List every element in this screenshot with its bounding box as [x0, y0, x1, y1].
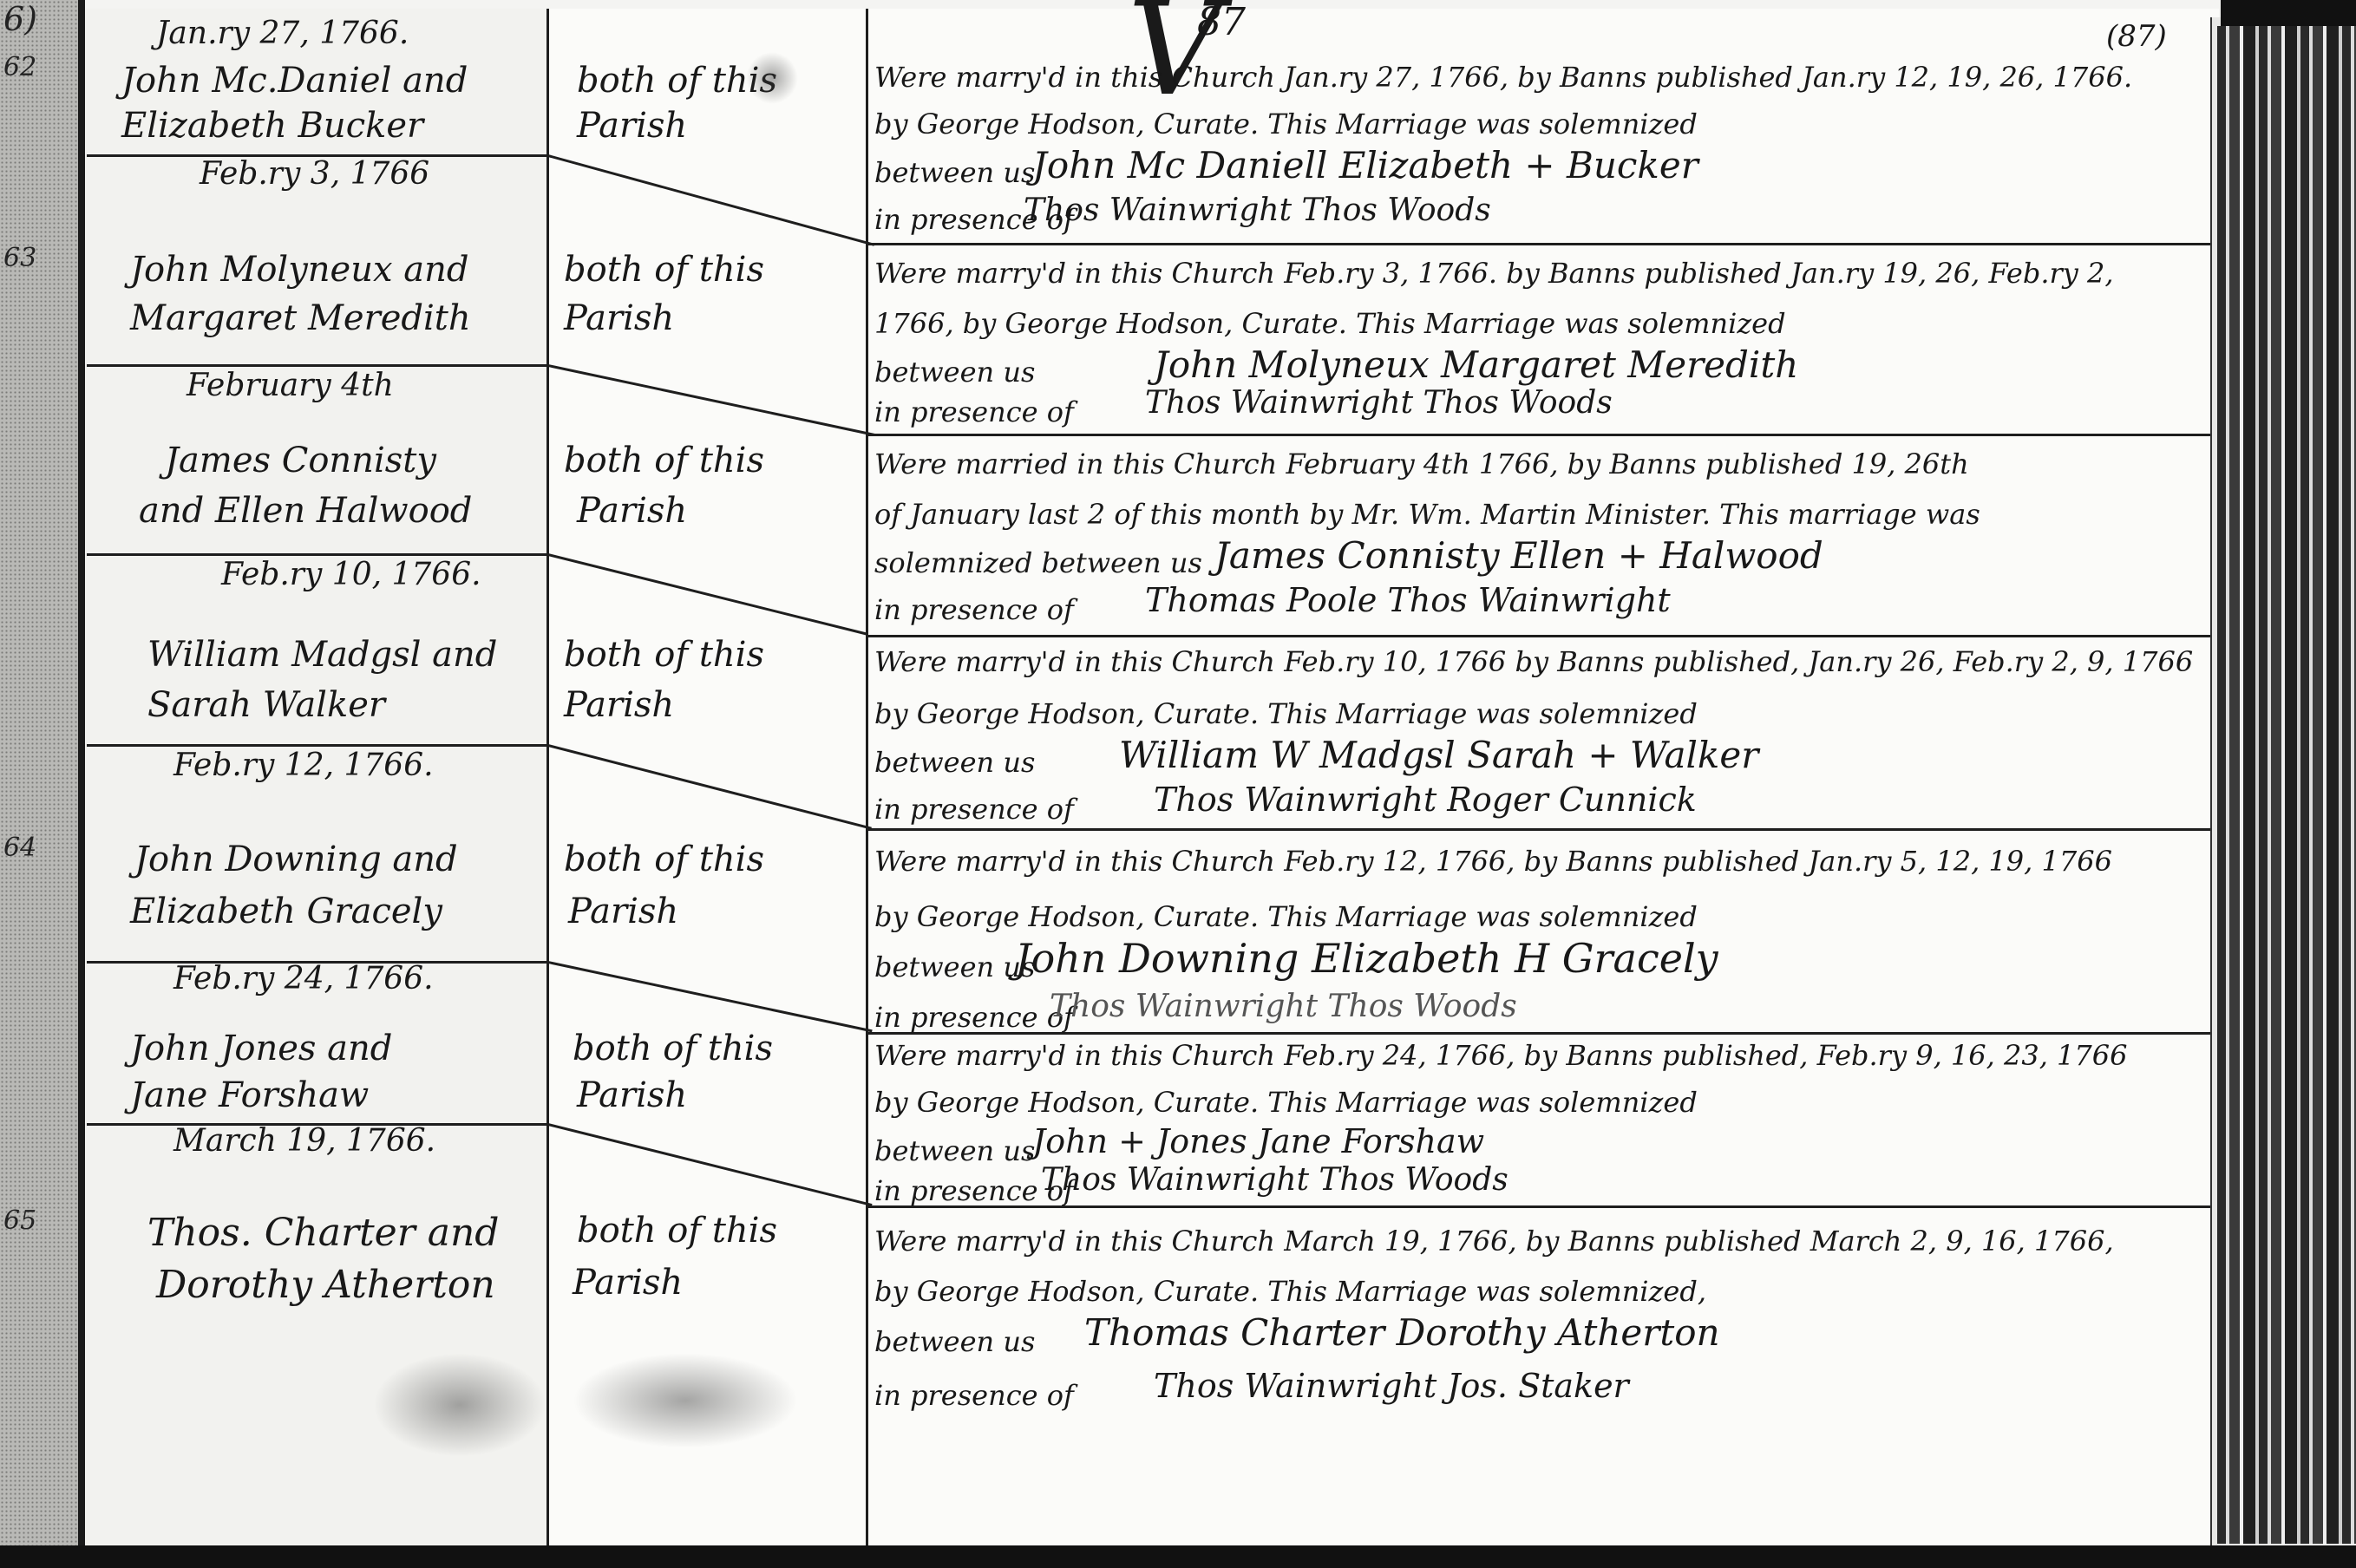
- entry-names-line1: Thos. Charter and: [147, 1211, 499, 1255]
- entry-between-label: between us: [874, 944, 1035, 990]
- entry-separator: [867, 635, 2215, 637]
- entry-names-line2: Jane Forshaw: [130, 1075, 369, 1115]
- entry-names-line1: John Downing and: [134, 840, 458, 879]
- entry-residence-line2: Parish: [577, 491, 687, 531]
- entry-names-line2: Margaret Meredith: [130, 298, 471, 338]
- margin-mark: 63: [3, 243, 36, 273]
- entry-witnesses: Thos Wainwright Thos Woods: [1145, 385, 1613, 421]
- entry-residence-line2: Parish: [577, 106, 687, 146]
- entry-witnesses: Thomas Poole Thos Wainwright: [1145, 581, 1671, 619]
- row-separator: [87, 364, 548, 367]
- entry-names-line2: Elizabeth Bucker: [121, 106, 423, 146]
- entry-between-label: between us: [874, 149, 1035, 196]
- scan-border-bottom: [0, 1545, 2356, 1568]
- entry-text-line2: by George Hodson, Curate. This Marriage …: [874, 1079, 1698, 1126]
- entry-text-line2: by George Hodson, Curate. This Marriage …: [874, 101, 1698, 147]
- entry-text-line1: Were marry'd in this Church March 19, 17…: [874, 1218, 2114, 1264]
- entry-names-line1: John Mc.Daniel and: [121, 61, 468, 101]
- entry-presence-label: in presence of: [874, 586, 1074, 633]
- facing-page-edge: 6) 62 63 64 65: [0, 0, 82, 1552]
- entry-witnesses: Thos Wainwright Jos. Staker: [1154, 1367, 1629, 1405]
- page-number: (87): [2106, 19, 2167, 54]
- entry-text-line2: by George Hodson, Curate. This Marriage …: [874, 690, 1698, 737]
- entry-residence-line2: Parish: [564, 298, 674, 338]
- entry-text-line1: Were marry'd in this Church Feb.ry 12, 1…: [874, 838, 2112, 885]
- entry-date: Feb.ry 24, 1766.: [173, 961, 434, 996]
- entry-date: February 4th: [187, 368, 394, 403]
- entry-presence-label: in presence of: [874, 1372, 1074, 1419]
- ink-stain: [373, 1353, 546, 1457]
- entry-names-line1: William Madgsl and: [147, 635, 497, 675]
- entry-signatures: John Mc Daniell Elizabeth + Bucker: [1032, 144, 1698, 186]
- entry-signatures: John Molyneux Margaret Meredith: [1154, 343, 1798, 386]
- binding-gutter: [78, 0, 85, 1552]
- entry-text-line2: 1766, by George Hodson, Curate. This Mar…: [874, 300, 1786, 347]
- row-separator: [87, 744, 548, 747]
- entry-signatures: Thomas Charter Dorothy Atherton: [1084, 1311, 1720, 1354]
- entry-names-line1: John Jones and: [130, 1029, 392, 1068]
- entry-between-label: between us: [874, 1318, 1035, 1365]
- entry-names-line1: John Molyneux and: [130, 250, 468, 290]
- entry-residence-line2: Parish: [568, 892, 678, 931]
- entry-names-line2: and Ellen Halwood: [139, 491, 472, 531]
- column-divider-1: [546, 9, 549, 1545]
- margin-mark: 65: [3, 1205, 36, 1236]
- entry-residence-line1: both of this: [577, 1211, 777, 1251]
- entry-residence-line1: both of this: [564, 250, 764, 290]
- entry-date: Feb.ry 10, 1766.: [221, 557, 481, 592]
- ink-stain: [573, 1353, 798, 1448]
- entry-text-line1: Were married in this Church February 4th…: [874, 441, 1969, 487]
- entry-presence-label: in presence of: [874, 786, 1074, 833]
- entry-witnesses: Thos Wainwright Thos Woods: [1024, 193, 1491, 228]
- entry-text-line2: by George Hodson, Curate. This Marriage …: [874, 1268, 1706, 1315]
- entry-residence-line1: both of this: [564, 635, 764, 675]
- entry-date: March 19, 1766.: [173, 1123, 435, 1159]
- entry-residence-line1: both of this: [564, 840, 764, 879]
- entry-residence-line2: Parish: [577, 1075, 687, 1115]
- entry-between-label: solemnized between us: [874, 539, 1202, 586]
- entry-text-line1: Were marry'd in this Church Feb.ry 24, 1…: [874, 1032, 2127, 1079]
- row-separator: [87, 553, 548, 556]
- entry-residence-line2: Parish: [573, 1263, 683, 1303]
- entry-text-line2: by George Hodson, Curate. This Marriage …: [874, 893, 1698, 940]
- entry-residence-line1: both of this: [573, 1029, 773, 1068]
- entry-separator: [867, 243, 2215, 245]
- entry-signatures: John + Jones Jane Forshaw: [1032, 1122, 1484, 1160]
- column-divider-2: [866, 9, 868, 1545]
- entry-between-label: between us: [874, 739, 1035, 786]
- entry-witnesses: Thos Wainwright Thos Woods: [1041, 1162, 1508, 1198]
- entry-date: Feb.ry 12, 1766.: [173, 748, 434, 783]
- entry-residence-line2: Parish: [564, 685, 674, 725]
- ink-stain: [746, 52, 798, 104]
- margin-mark: 62: [3, 52, 36, 82]
- entry-names-line1: James Connisty: [165, 441, 436, 480]
- entry-names-line2: Dorothy Atherton: [156, 1263, 495, 1307]
- entry-presence-label: in presence of: [874, 389, 1074, 435]
- entry-signatures: John Downing Elizabeth H Gracely: [1015, 935, 1718, 982]
- scan-border-top: [2221, 0, 2356, 26]
- entry-signatures: William W Madgsl Sarah + Walker: [1119, 734, 1758, 776]
- check-mark-number: 87: [1197, 0, 1246, 44]
- entry-text-line1: Were marry'd in this Church Jan.ry 27, 1…: [874, 54, 2132, 101]
- entry-witnesses: Thos Wainwright Thos Woods: [1050, 989, 1517, 1024]
- margin-mark: 64: [3, 833, 36, 863]
- book-page-edges: [2217, 26, 2356, 1544]
- entry-text-line1: Were marry'd in this Church Feb.ry 3, 17…: [874, 250, 2114, 297]
- entry-names-line2: Elizabeth Gracely: [130, 892, 442, 931]
- entry-witnesses: Thos Wainwright Roger Cunnick: [1154, 781, 1697, 819]
- entry-date: Feb.ry 3, 1766: [200, 156, 429, 192]
- margin-page-fragment: 6): [3, 0, 37, 38]
- entry-date: Jan.ry 27, 1766.: [156, 16, 409, 51]
- entry-text-line2: of January last 2 of this month by Mr. W…: [874, 491, 1980, 538]
- entry-signatures: James Connisty Ellen + Halwood: [1214, 534, 1823, 577]
- entry-text-line1: Were marry'd in this Church Feb.ry 10, 1…: [874, 638, 2193, 685]
- entry-names-line2: Sarah Walker: [147, 685, 385, 725]
- entry-residence-line1: both of this: [564, 441, 764, 480]
